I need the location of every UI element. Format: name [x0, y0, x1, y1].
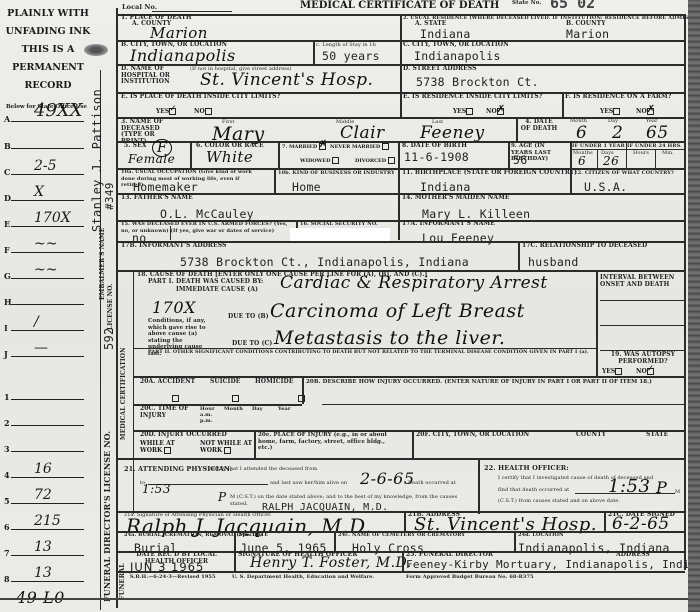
- state-no-label: State No.: [512, 0, 541, 7]
- mother-value: Mary L. Killeen: [422, 207, 530, 221]
- ssn-label: 16. SOCIAL SECURITY NO.: [300, 221, 378, 228]
- birthplace-value: Indiana: [420, 180, 471, 194]
- age-value: 56: [513, 153, 527, 167]
- hours-label: Hours: [633, 150, 649, 157]
- mother-label: 14. MOTHER'S MAIDEN NAME: [402, 195, 510, 202]
- due-to-b-value: Carcinoma of Left Breast: [270, 300, 525, 322]
- min-label: Min.: [662, 150, 674, 157]
- local-no-label: Local No.: [122, 4, 157, 11]
- funeral-director-license-label: FUNERAL DIRECTOR'S LICENSE No.: [104, 431, 111, 602]
- never-married-option[interactable]: NEVER MARRIED: [330, 143, 389, 150]
- dob-label: 8. DATE OF BIRTH: [402, 143, 467, 150]
- budget-bureau-text: Form Approved Budget Bureau No. 68-R375: [406, 574, 534, 581]
- death-city-value: Indianapolis: [130, 46, 236, 65]
- residence-state-value: Indiana: [420, 27, 471, 41]
- while-at-work-option[interactable]: WHILE AT WORK: [140, 440, 190, 454]
- part2-label: PART II. OTHER SIGNIFICANT CONDITIONS CO…: [148, 349, 589, 356]
- code-row-g: G~~: [4, 265, 84, 279]
- code-row-i: I/: [4, 317, 84, 331]
- residence-city-value: Indianapolis: [414, 49, 501, 63]
- code-row-d: DX: [4, 187, 84, 201]
- department-text: U. S. Department Health, Education and W…: [232, 574, 374, 581]
- code-row-6: 6215: [4, 516, 84, 530]
- health-officer-pm-value: P: [656, 478, 667, 497]
- due-to-c-label: DUE TO (c): [232, 341, 272, 348]
- code-row-7: 713: [4, 542, 84, 556]
- age-days-value: 26: [603, 154, 619, 168]
- embalmer-name-label: EMBALMER'S NAME: [100, 228, 107, 300]
- dob-value: 11-6-1908: [404, 150, 469, 164]
- last-saw-text: and last saw her/him alive on: [270, 480, 347, 487]
- injury-occurred-label: 20d. INJURY OCCURRED: [140, 432, 227, 439]
- middle-name-value: Clair: [340, 123, 385, 143]
- death-inside-city-no[interactable]: NO: [194, 108, 212, 115]
- certificate-paper: PLAINLY WITH UNFADING INK THIS IS A PERM…: [0, 0, 688, 612]
- armed-forces-label: 15. WAS DECEASED EVER IN U.S. ARMED FORC…: [121, 221, 296, 234]
- age-months-value: 6: [578, 154, 586, 168]
- medical-certification-label: MEDICAL CERTIFICATION: [121, 347, 128, 440]
- health-officer-time-value: 1:53: [608, 476, 650, 497]
- hospital-value: St. Vincent's Hosp.: [200, 70, 373, 90]
- immediate-label: IMMEDIATE CAUSE (a): [176, 287, 258, 294]
- death-year-value: 65: [646, 123, 669, 143]
- interval-label: INTERVAL BETWEEN ONSET AND DEATH: [600, 275, 684, 288]
- code-row-5: 572: [4, 490, 84, 504]
- certificate-title: MEDICAL CERTIFICATE OF DEATH: [300, 0, 499, 11]
- physician-certify-text: I certify that I attended the deceased f…: [205, 466, 317, 473]
- part1-label: PART I. DEATH WAS CAUSED BY:: [148, 279, 263, 286]
- informant-label: 17a. INFORMANT'S NAME: [402, 221, 495, 228]
- residence-inside-city-yes[interactable]: YES: [453, 108, 473, 115]
- race-value: White: [206, 148, 253, 166]
- inside-city-label: e. IS PLACE OF DEATH INSIDE CITY LIMITS?: [121, 94, 280, 101]
- scan-edge: [688, 0, 700, 612]
- funeral-section-label: FUNERAL: [119, 563, 126, 600]
- autopsy-yes[interactable]: YES: [602, 368, 622, 375]
- citizen-label: 12. CITIZEN OF WHAT COUNTRY?: [574, 170, 674, 177]
- code-row-j: J—: [4, 343, 84, 357]
- married-option[interactable]: 7. MARRIED: [282, 143, 326, 150]
- farm-yes[interactable]: YES: [600, 108, 620, 115]
- suicide-checkbox[interactable]: [232, 395, 239, 402]
- embalmer-license-label: LICENSE No.: [108, 284, 115, 330]
- informant-address-value: 5738 Brockton Ct., Indianapolis, Indiana: [180, 255, 469, 269]
- residence-inside-city-label: e. IS RESIDENCE INSIDE CITY LIMITS?: [403, 94, 542, 101]
- informant-value: Lou Feeney: [422, 231, 494, 245]
- immediate-cause-value: Cardiac & Respiratory Arrest: [280, 273, 548, 293]
- relationship-value: husband: [528, 255, 579, 269]
- death-day-value: 2: [612, 123, 623, 143]
- street-label: d. STREET ADDRESS: [403, 66, 477, 73]
- suicide-label: SUICIDE: [210, 379, 240, 386]
- time-of-injury-label: 20c. TIME OF INJURY: [140, 406, 190, 419]
- business-value: Home: [292, 180, 321, 194]
- residence-label: 2. USUAL RESIDENCE (Where deceased lived…: [403, 15, 700, 22]
- describe-injury-label: 20b. DESCRIBE HOW INJURY OCCURRED. (Ente…: [306, 379, 652, 386]
- due-to-c-value: Metastasis to the liver.: [274, 327, 505, 349]
- date-of-death-label: 4. DATE OF DEATH: [520, 119, 558, 132]
- margin-notice-5: RECORD: [2, 74, 94, 97]
- residence-inside-city-no[interactable]: NO: [486, 108, 504, 115]
- death-month-value: 6: [576, 123, 587, 143]
- code-row-b: B: [4, 135, 84, 149]
- citizen-value: U.S.A.: [584, 180, 627, 194]
- residence-city-label: c. CITY, TOWN, OR LOCATION: [403, 42, 509, 49]
- death-inside-city-yes[interactable]: YES: [156, 108, 176, 115]
- sex-hand-value: Female: [128, 152, 175, 166]
- occupation-value: Homemaker: [133, 180, 198, 194]
- injury-pm-label: p.m.: [200, 418, 213, 425]
- ssn-redacted: [290, 228, 390, 242]
- farm-no[interactable]: NO: [636, 108, 654, 115]
- accident-checkbox[interactable]: [172, 395, 179, 402]
- embalmer-license: #349: [103, 182, 116, 210]
- physician-pm-value: P: [218, 490, 227, 504]
- code-row-a: A49XX: [4, 108, 84, 122]
- last-name-value: Feeney: [420, 123, 485, 143]
- embalmer-name: Stanley J. Pattison: [90, 89, 104, 232]
- injury-day-label: Day: [252, 406, 263, 413]
- burial-date-label: 24b. DATE: [238, 532, 268, 539]
- autopsy-label: 19. WAS AUTOPSY PERFORMED?: [603, 352, 683, 365]
- residence-county-value: Marion: [566, 27, 609, 41]
- father-label: 13. FATHER'S NAME: [121, 195, 193, 202]
- cause-code-hand: 170X: [152, 298, 196, 317]
- autopsy-no[interactable]: NO: [636, 368, 654, 375]
- father-value: O.L. McCauley: [160, 207, 254, 221]
- injury-state-label: STATE: [646, 432, 668, 439]
- accident-label: 20a. ACCIDENT: [140, 379, 195, 386]
- injury-year-label: Year: [278, 406, 291, 413]
- code-row-4: 416: [4, 464, 84, 478]
- business-label: 10b. KIND OF BUSINESS OR INDUSTRY: [278, 170, 395, 177]
- last-saw-value: 2-6-65: [360, 469, 415, 488]
- code-row-e: E170X: [4, 213, 84, 227]
- birthplace-label: 11. BIRTHPLACE (State or foreign country…: [402, 170, 577, 177]
- stay-value: 50 years: [322, 49, 380, 63]
- stay-label: c. Length of Stay in 1b: [316, 42, 376, 49]
- code-row-h: H: [4, 291, 84, 305]
- street-value: 5738 Brockton Ct.: [416, 75, 539, 89]
- funeral-director-value: Feeney-Kirby Mortuary, Indianapolis, Ind…: [406, 558, 700, 571]
- sex-label: 5. SEX: [124, 143, 147, 150]
- death-occurred-text: Death occurred at: [408, 480, 456, 487]
- state-no-value: 65 02: [550, 0, 595, 12]
- code-row-3: 3: [4, 438, 84, 452]
- injury-county-label: COUNTY: [576, 432, 606, 439]
- place-of-injury-label: 20e. PLACE OF INJURY (e.g., in or about …: [258, 432, 398, 452]
- health-officer-m-label: M: [675, 489, 680, 496]
- health-officer-text-2: find that death occurred at: [498, 487, 569, 494]
- health-officer-label: 22. HEALTH OFFICER:: [484, 465, 569, 472]
- burial-location-label: 24d. LOCATION: [518, 532, 564, 539]
- form-id: S.B.H.—6-24-3—Revised 1955: [130, 574, 216, 581]
- widowed-option[interactable]: WIDOWED: [300, 157, 339, 164]
- divorced-option[interactable]: DIVORCED: [355, 157, 395, 164]
- physician-time-value: 1:53: [142, 482, 171, 496]
- due-to-b-label: DUE TO (b): [228, 314, 269, 321]
- injury-month-label: Month: [224, 406, 243, 413]
- homicide-label: HOMICIDE: [255, 379, 294, 386]
- not-while-at-work-option[interactable]: NOT WHILE AT WORK: [200, 440, 260, 454]
- hospital-label: d. NAME OF HOSPITAL OR INSTITUTION: [121, 66, 191, 86]
- funeral-director-license: 592: [102, 327, 116, 350]
- code-row-1: 1: [4, 386, 84, 400]
- cemetery-label: 24c. NAME OF CEMETERY OR CREMATORY: [338, 532, 465, 539]
- farm-label: f. IS RESIDENCE ON A FARM?: [565, 94, 671, 101]
- seal-ornament-icon: [84, 44, 108, 56]
- relationship-label: 17c. RELATIONSHIP TO DECEASED: [522, 243, 647, 250]
- informant-address-label: 17b. INFORMANT'S ADDRESS: [121, 243, 226, 250]
- code-row-2: 2: [4, 412, 84, 426]
- health-officer-text-3: (C.S.T.) from causes stated and on above…: [498, 498, 620, 505]
- code-row-f: F~~: [4, 239, 84, 253]
- injury-city-label: 20f. CITY, TOWN, OR LOCATION: [416, 432, 529, 439]
- code-row-8: 813: [4, 568, 84, 582]
- ho-signature: Henry T. Foster, M.D.: [250, 555, 412, 571]
- code-row-c: C2-5: [4, 161, 84, 175]
